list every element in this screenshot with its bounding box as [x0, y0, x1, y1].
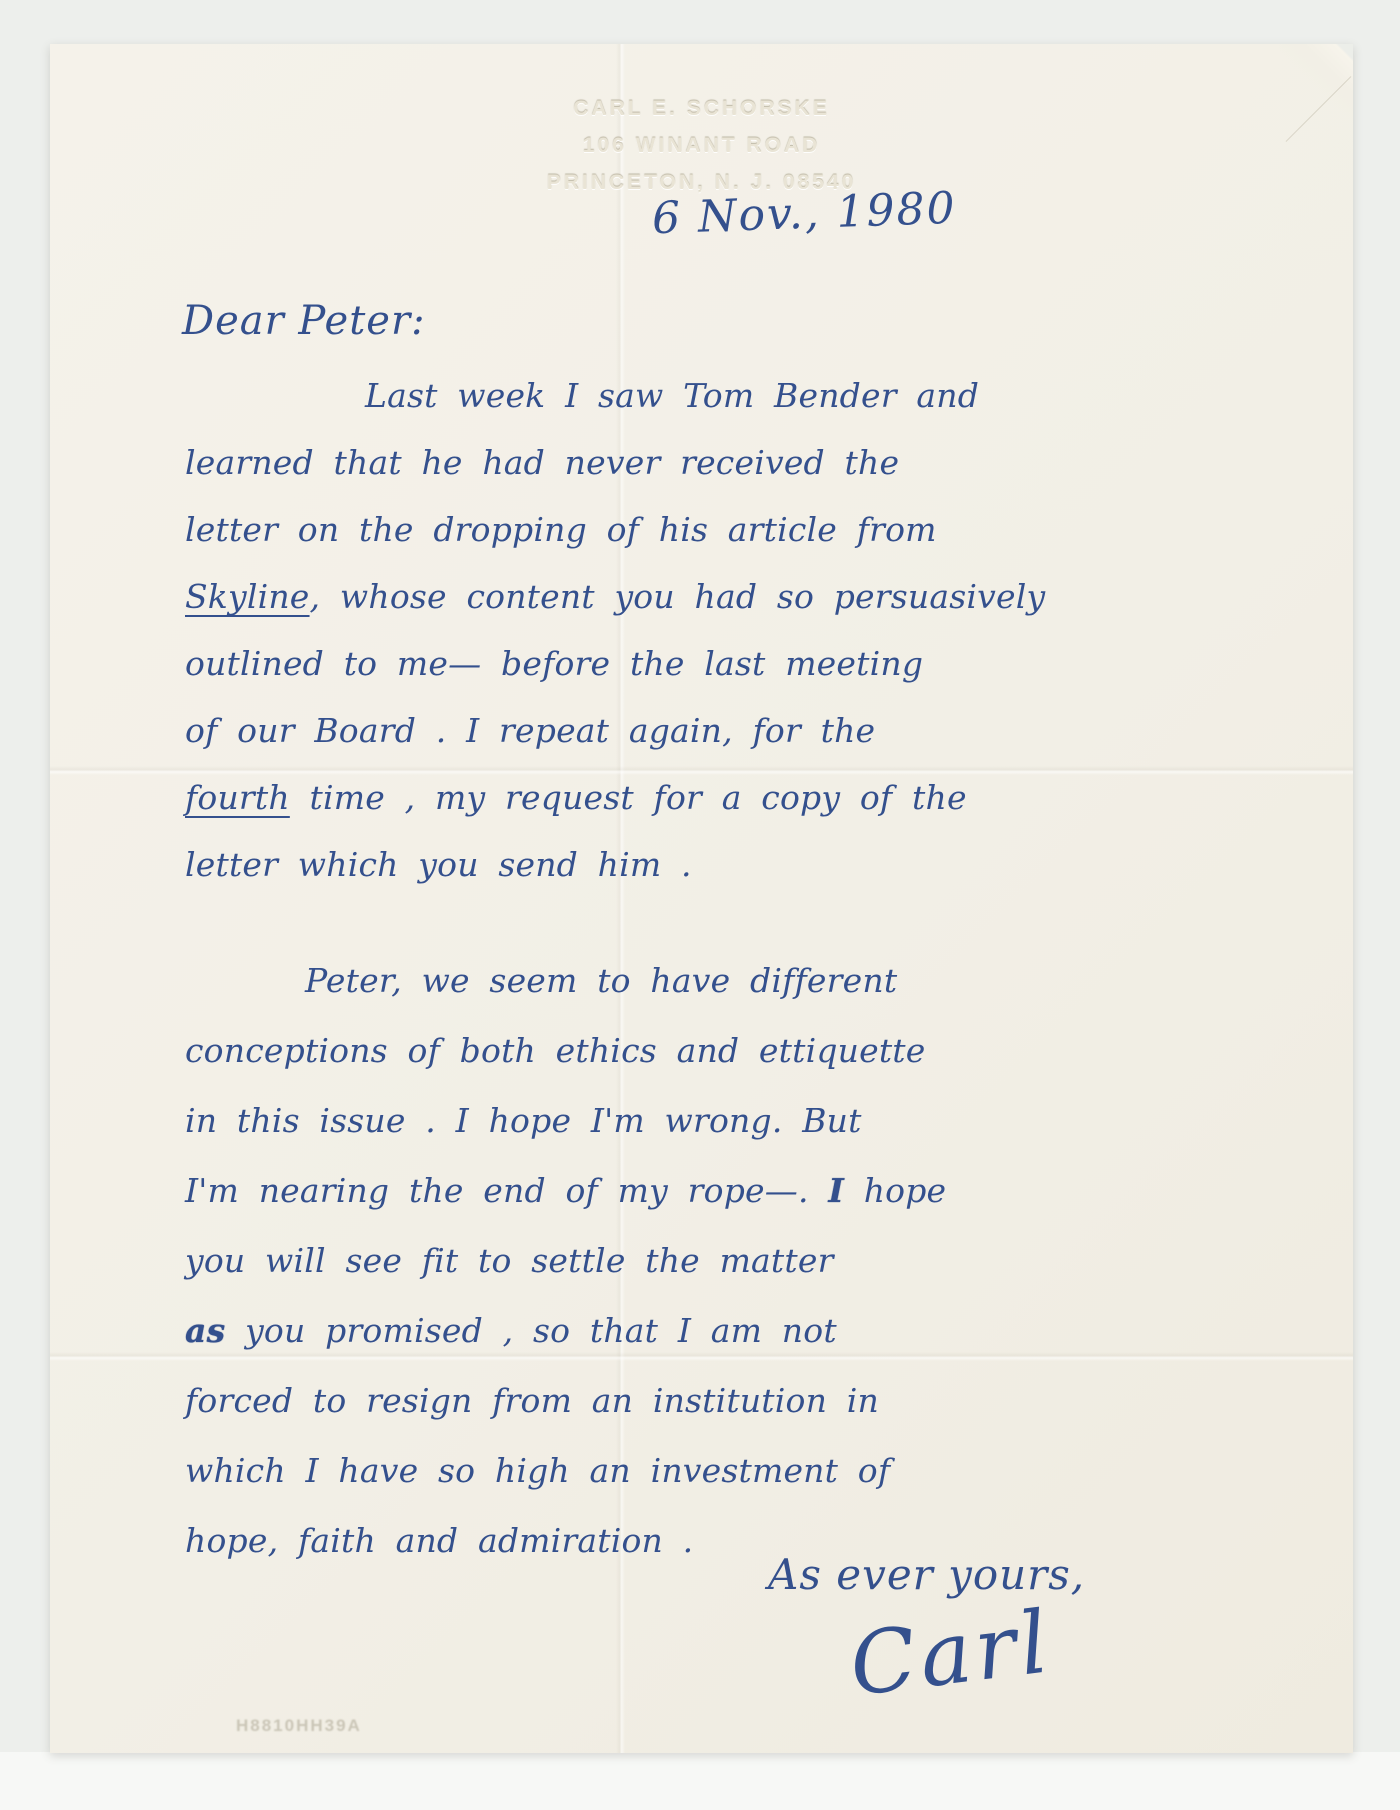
handwritten-text: forced to resign from an institution in	[185, 1381, 879, 1420]
handwritten-text: letter which you send him .	[185, 845, 692, 884]
letter-line: hope, faith and admiration .	[185, 1506, 1295, 1576]
handwritten-text: in this issue . I hope I'm wrong. But	[185, 1101, 862, 1140]
letter-line: Peter, we seem to have different	[185, 946, 1295, 1016]
handwritten-text: letter on the dropping of his article fr…	[185, 510, 937, 549]
letter-page: CARL E. SCHORSKE 106 WINANT ROAD PRINCET…	[50, 44, 1353, 1753]
letter-date: 6 Nov., 1980	[651, 183, 957, 245]
handwritten-text: Last week I saw Tom Bender and	[365, 376, 979, 415]
heavily-inked-word: I	[828, 1171, 844, 1210]
letter-line: conceptions of both ethics and ettiquett…	[185, 1016, 1295, 1086]
salutation: Dear Peter:	[182, 298, 426, 344]
handwritten-text: which I have so high an investment of	[185, 1451, 890, 1490]
handwritten-text: outlined to me— before the last meeting	[185, 644, 923, 683]
handwritten-text: you will see fit to settle the matter	[185, 1241, 834, 1280]
handwritten-text: time , my request for a copy of the	[290, 778, 967, 817]
handwritten-text: of our Board . I repeat again, for the	[185, 711, 875, 750]
underlying-sheet	[0, 1752, 1400, 1810]
handwritten-text: hope	[844, 1171, 946, 1210]
closing: As ever yours,	[768, 1550, 1085, 1599]
handwritten-text: I'm nearing the end of my rope—.	[185, 1171, 828, 1210]
handwritten-text: learned that he had never received the	[185, 443, 899, 482]
verso-stamp-show-through: H8810HH39A	[236, 1716, 362, 1736]
letter-line: in this issue . I hope I'm wrong. But	[185, 1086, 1295, 1156]
embossed-letterhead: CARL E. SCHORSKE 106 WINANT ROAD PRINCET…	[50, 90, 1353, 201]
underlined-word: fourth	[185, 778, 290, 817]
letter-line: letter on the dropping of his article fr…	[185, 496, 1295, 563]
letterhead-name: CARL E. SCHORSKE	[50, 90, 1353, 127]
handwritten-text: , whose content you had so persuasively	[310, 577, 1046, 616]
handwritten-text: hope, faith and admiration .	[185, 1521, 693, 1560]
letter-line: outlined to me— before the last meeting	[185, 630, 1295, 697]
letter-line: I'm nearing the end of my rope—. I hope	[185, 1156, 1295, 1226]
letter-paragraph-1: Last week I saw Tom Bender andlearned th…	[185, 362, 1295, 898]
handwritten-text: conceptions of both ethics and ettiquett…	[185, 1031, 925, 1070]
signature: Carl	[845, 1592, 1057, 1716]
letter-line: of our Board . I repeat again, for the	[185, 697, 1295, 764]
handwritten-text: Peter, we seem to have different	[305, 961, 897, 1000]
letterhead-address-line1: 106 WINANT ROAD	[50, 127, 1353, 164]
letter-line: Skyline, whose content you had so persua…	[185, 563, 1295, 630]
letter-paragraph-2: Peter, we seem to have differentconcepti…	[185, 946, 1295, 1576]
letter-line: learned that he had never received the	[185, 429, 1295, 496]
heavily-inked-word: as	[185, 1311, 225, 1350]
letter-line: Last week I saw Tom Bender and	[185, 362, 1295, 429]
handwritten-text: you promised , so that I am not	[225, 1311, 836, 1350]
letter-line: as you promised , so that I am not	[185, 1296, 1295, 1366]
letter-line: which I have so high an investment of	[185, 1436, 1295, 1506]
letter-line: forced to resign from an institution in	[185, 1366, 1295, 1436]
letter-line: fourth time , my request for a copy of t…	[185, 764, 1295, 831]
letter-line: you will see fit to settle the matter	[185, 1226, 1295, 1296]
underlined-word: Skyline	[185, 577, 310, 616]
letter-line: letter which you send him .	[185, 831, 1295, 898]
